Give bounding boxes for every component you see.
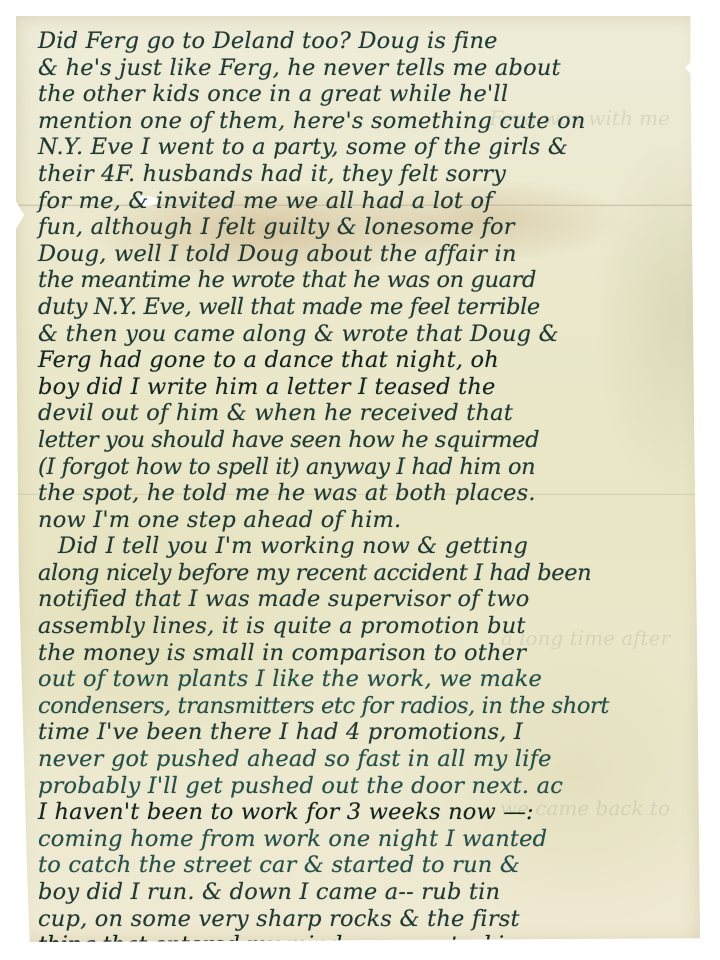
aged-paper-sheet: Ferg was with me a long time after we ca… [16,16,700,942]
letter-line: along nicely before my recent accident I… [38,560,698,587]
letter-line: thing that entered my mind was my stocki… [38,932,698,959]
letter-line: N.Y. Eve I went to a party, some of the … [38,134,698,161]
letter-line: devil out of him & when he received that [38,400,698,427]
letter-line: the spot, he told me he was at both plac… [38,480,698,507]
letter-line: & he's just like Ferg, he never tells me… [38,55,698,82]
letter-line: probably I'll get pushed out the door ne… [38,773,698,800]
letter-line: the meantime he wrote that he was on gua… [38,267,698,294]
letter-line: coming home from work one night I wanted [38,826,698,853]
letter-line: (I forgot how to spell it) anyway I had … [38,454,698,481]
letter-line: mention one of them, here's something cu… [38,108,698,135]
letter-line: time I've been there I had 4 promotions,… [38,719,698,746]
letter-line: condensers, transmitters etc for radios,… [38,693,698,720]
letter-line: letter you should have seen how he squir… [38,427,698,454]
letter-line: fun, although I felt guilty & lonesome f… [38,214,698,241]
letter-line: to catch the street car & started to run… [38,852,698,879]
letter-line: never got pushed ahead so fast in all my… [38,746,698,773]
letter-line: the other kids once in a great while he'… [38,81,698,108]
handwritten-letter-body: Did Ferg go to Deland too? Doug is fine … [38,28,698,959]
letter-line: boy did I write him a letter I teased th… [38,374,698,401]
letter-line: duty N.Y. Eve, well that made me feel te… [38,294,698,321]
letter-line: now I'm one step ahead of him. [38,507,698,534]
letter-line: out of town plants I like the work, we m… [38,666,698,693]
letter-line: the money is small in comparison to othe… [38,640,698,667]
letter-line: Ferg had gone to a dance that night, oh [38,347,698,374]
letter-line: notified that I was made supervisor of t… [38,586,698,613]
letter-line: for me, & invited me we all had a lot of [38,188,698,215]
scanned-page: Ferg was with me a long time after we ca… [0,0,720,960]
letter-line-paragraph-start: Did I tell you I'm working now & getting [38,533,698,560]
letter-line: Doug, well I told Doug about the affair … [38,241,698,268]
letter-line: assembly lines, it is quite a promotion … [38,613,698,640]
letter-line: cup, on some very sharp rocks & the firs… [38,906,698,933]
letter-line: their 4F. husbands had it, they felt sor… [38,161,698,188]
letter-line: I haven't been to work for 3 weeks now —… [38,799,698,826]
letter-line: Did Ferg go to Deland too? Doug is fine [38,28,698,55]
letter-line: & then you came along & wrote that Doug … [38,321,698,348]
letter-line: boy did I run. & down I came a-- rub tin [38,879,698,906]
